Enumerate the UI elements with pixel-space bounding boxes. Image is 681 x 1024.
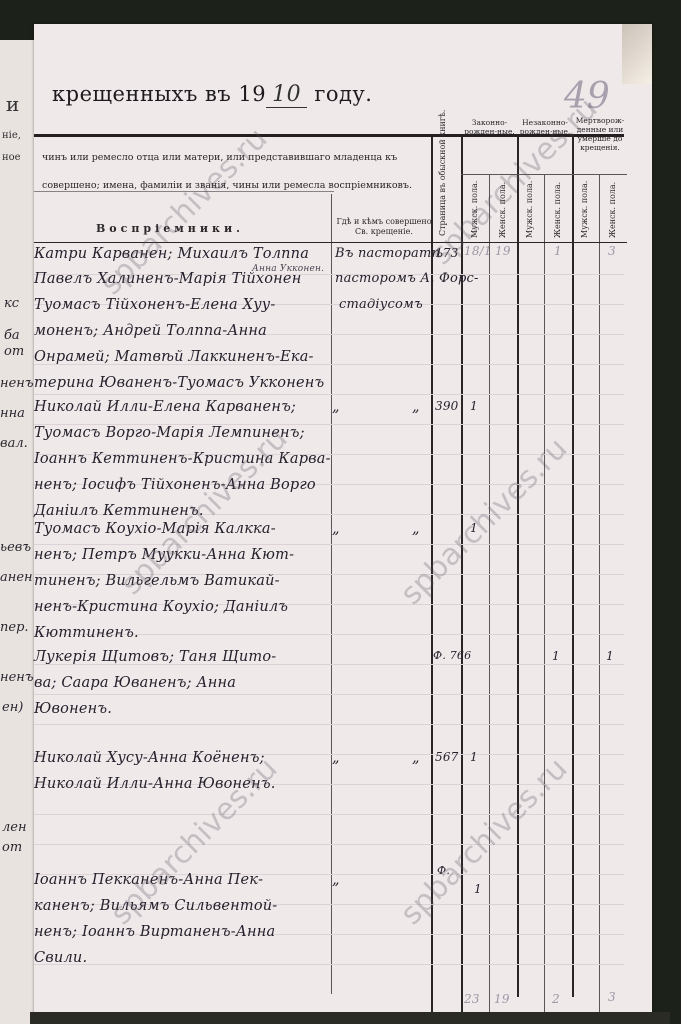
godparents-line: Николай Хусу-Анна Коёненъ; xyxy=(34,750,265,766)
godparents-line: Іоаннъ Кеттиненъ-Кристина Карва- xyxy=(34,451,331,467)
ditto-mark: „ xyxy=(412,399,420,415)
left-handwritten-fragment: пер. xyxy=(0,620,29,635)
page-ref: Ф. 766 xyxy=(433,649,471,662)
column-header-page-ref: Страница въ обыскной книгѣ. xyxy=(438,146,447,236)
page-ref: 567 xyxy=(435,750,459,764)
godparents-line: ва; Саара Юваненъ; Анна xyxy=(34,675,236,691)
godparents-line: Онрамей; Матвѣй Лаккиненъ-Ека- xyxy=(34,349,314,365)
ditto-mark: „ xyxy=(332,399,340,415)
godparents-line: Ювоненъ. xyxy=(34,701,112,717)
page-title: крещенныхъ въ 1910 году. xyxy=(52,82,372,107)
column-divider-still xyxy=(572,137,574,997)
ditto-mark: „ xyxy=(332,521,340,537)
left-handwritten-fragment: нна xyxy=(0,406,25,421)
godparents-line: Николай Илли-Анна Ювоненъ. xyxy=(34,776,276,792)
column-divider-page-ref xyxy=(431,137,433,1017)
subheader-legit-male: Мужск. пола. xyxy=(470,180,479,238)
left-handwritten-fragment: ненъ xyxy=(0,670,33,685)
subheader-still-female: Женск. пола. xyxy=(608,180,617,238)
godparents-line: ненъ; Петръ Муукки-Анна Кют- xyxy=(34,547,294,563)
header-subrule xyxy=(34,191,334,192)
ditto-mark: „ xyxy=(332,750,340,766)
page-ref: 390 xyxy=(435,399,459,413)
column-header-godparents: Воспріемники. xyxy=(96,222,244,235)
godparents-line: Кюттиненъ. xyxy=(34,625,139,641)
watermark: spbarchives.ru xyxy=(394,431,575,612)
left-handwritten-fragment: от xyxy=(4,344,24,359)
total-illegit-female: 2 xyxy=(552,992,560,1006)
where-line: Въ пасторатѣ xyxy=(335,246,443,261)
column-divider-illegit xyxy=(517,137,519,997)
subheader-legit-female: Женск. пола. xyxy=(498,180,507,238)
left-handwritten-fragment: ненъ xyxy=(0,376,33,391)
page-corner-fold xyxy=(622,24,652,84)
godparents-line: ненъ-Кристина Коухіо; Даніилъ xyxy=(34,599,288,615)
godparents-line: ненъ; Іосифъ Тійхоненъ-Анна Ворго xyxy=(34,477,316,493)
title-suffix: году. xyxy=(314,82,372,106)
group-header-legit: Законно-рожден-ные. xyxy=(462,118,517,136)
godparents-line: Лукерія Щитовъ; Таня Щито- xyxy=(34,649,276,665)
column-divider-legit-f xyxy=(489,174,490,1014)
ditto-mark: „ xyxy=(332,872,340,888)
subheader-illegit-male: Мужск. пола. xyxy=(525,180,534,238)
ditto-mark: „ xyxy=(412,750,420,766)
left-handwritten-fragment: ен) xyxy=(2,700,23,715)
godparents-line: Туомасъ Тійхоненъ-Елена Хуу- xyxy=(34,297,276,313)
register-page: крещенныхъ въ 1910 году. 49 чинъ или рем… xyxy=(34,24,652,1016)
left-handwritten-fragment: ьевъ xyxy=(0,540,31,555)
legit-male-count: 1 xyxy=(474,882,482,896)
illegit-female-count: 1 xyxy=(554,244,562,258)
group-subrule xyxy=(461,174,627,175)
godparents-line: Туомасъ Ворго-Марія Лемпиненъ; xyxy=(34,425,305,441)
column-divider-still-f xyxy=(599,174,600,1014)
subheader-illegit-female: Женск. пола. xyxy=(553,180,562,238)
header-line-2: совершено; имена, фамиліи и званія, чины… xyxy=(42,180,412,191)
group-header-stillborn: Мертворож-денные или умершіе до крещенія… xyxy=(573,116,627,152)
godparents-line: Николай Илли-Елена Карваненъ; xyxy=(34,399,296,415)
book-bottom-edge xyxy=(30,1012,670,1024)
group-header-illegit: Незаконно-рожден-ные. xyxy=(518,118,572,136)
left-handwritten-fragment: ба xyxy=(4,328,20,343)
godparents-line: Павелъ Халиненъ-Марія Тійхонен xyxy=(34,271,301,287)
godparents-line: Туомасъ Коухіо-Марія Калкка- xyxy=(34,521,276,537)
folio-number: 49 xyxy=(564,76,610,117)
column-header-where: Гдѣ и кѣмъ совершено Св. крещеніе. xyxy=(334,217,434,237)
godparents-line: каненъ; Вильямъ Сильвентой- xyxy=(34,898,277,914)
left-handwritten-fragment: кс xyxy=(4,296,19,311)
header-bottom-rule xyxy=(34,242,627,243)
total-legit-female: 19 xyxy=(494,992,510,1006)
godparents-line: Даніилъ Кеттиненъ. xyxy=(34,503,204,519)
legit-male-count: 1 xyxy=(470,750,478,764)
column-divider-illegit-f xyxy=(544,174,545,1014)
left-handwritten-fragment: анен xyxy=(0,570,33,585)
ditto-mark: „ xyxy=(412,521,420,537)
left-printed-fragment: ное xyxy=(2,152,21,163)
legit-male-count: 18/1 xyxy=(464,244,492,258)
page-ref: 173 xyxy=(435,246,459,260)
godparents-line: Свили. xyxy=(34,950,87,966)
column-divider-legit xyxy=(461,137,463,1017)
still-female-count: 3 xyxy=(608,244,616,258)
title-prefix: крещенныхъ въ 19 xyxy=(52,82,266,106)
where-line: стадіусомъ xyxy=(339,297,423,312)
still-female-count: 1 xyxy=(606,649,614,663)
header-line-1: чинъ или ремесло отца или матери, или пр… xyxy=(42,152,397,163)
page-ref: Ф. xyxy=(437,864,450,877)
total-legit-male: 23 xyxy=(464,992,480,1006)
godparents-line: Іоаннъ Пекканенъ-Анна Пек- xyxy=(34,872,263,888)
illegit-female-count: 1 xyxy=(552,649,560,663)
godparents-line: тиненъ; Вильгельмъ Ватикай- xyxy=(34,573,280,589)
left-handwritten-fragment: от xyxy=(2,840,22,855)
legit-male-count: 1 xyxy=(470,399,478,413)
left-handwritten-fragment: вал. xyxy=(0,436,28,451)
godparents-line: ненъ; Іоаннъ Виртаненъ-Анна xyxy=(34,924,275,940)
left-heading-fragment: и xyxy=(6,92,19,116)
left-printed-fragment: ніе, xyxy=(2,130,21,141)
title-year-handwritten: 10 xyxy=(266,82,307,108)
godparents-line: моненъ; Андрей Толппа-Анна xyxy=(34,323,267,339)
subheader-still-male: Мужск. пола. xyxy=(580,180,589,238)
godparents-line: терина Юваненъ-Туомасъ Укконенъ xyxy=(34,375,324,391)
total-still-female: 3 xyxy=(608,990,616,1004)
godparents-line: Катри Карванен; Михаилъ Толппа xyxy=(34,246,309,262)
legit-male-count: 1 xyxy=(470,521,478,535)
left-handwritten-fragment: лен xyxy=(2,820,27,835)
where-line: пасторомъ А. Форс- xyxy=(335,271,479,286)
legit-female-count: 19 xyxy=(495,244,511,258)
